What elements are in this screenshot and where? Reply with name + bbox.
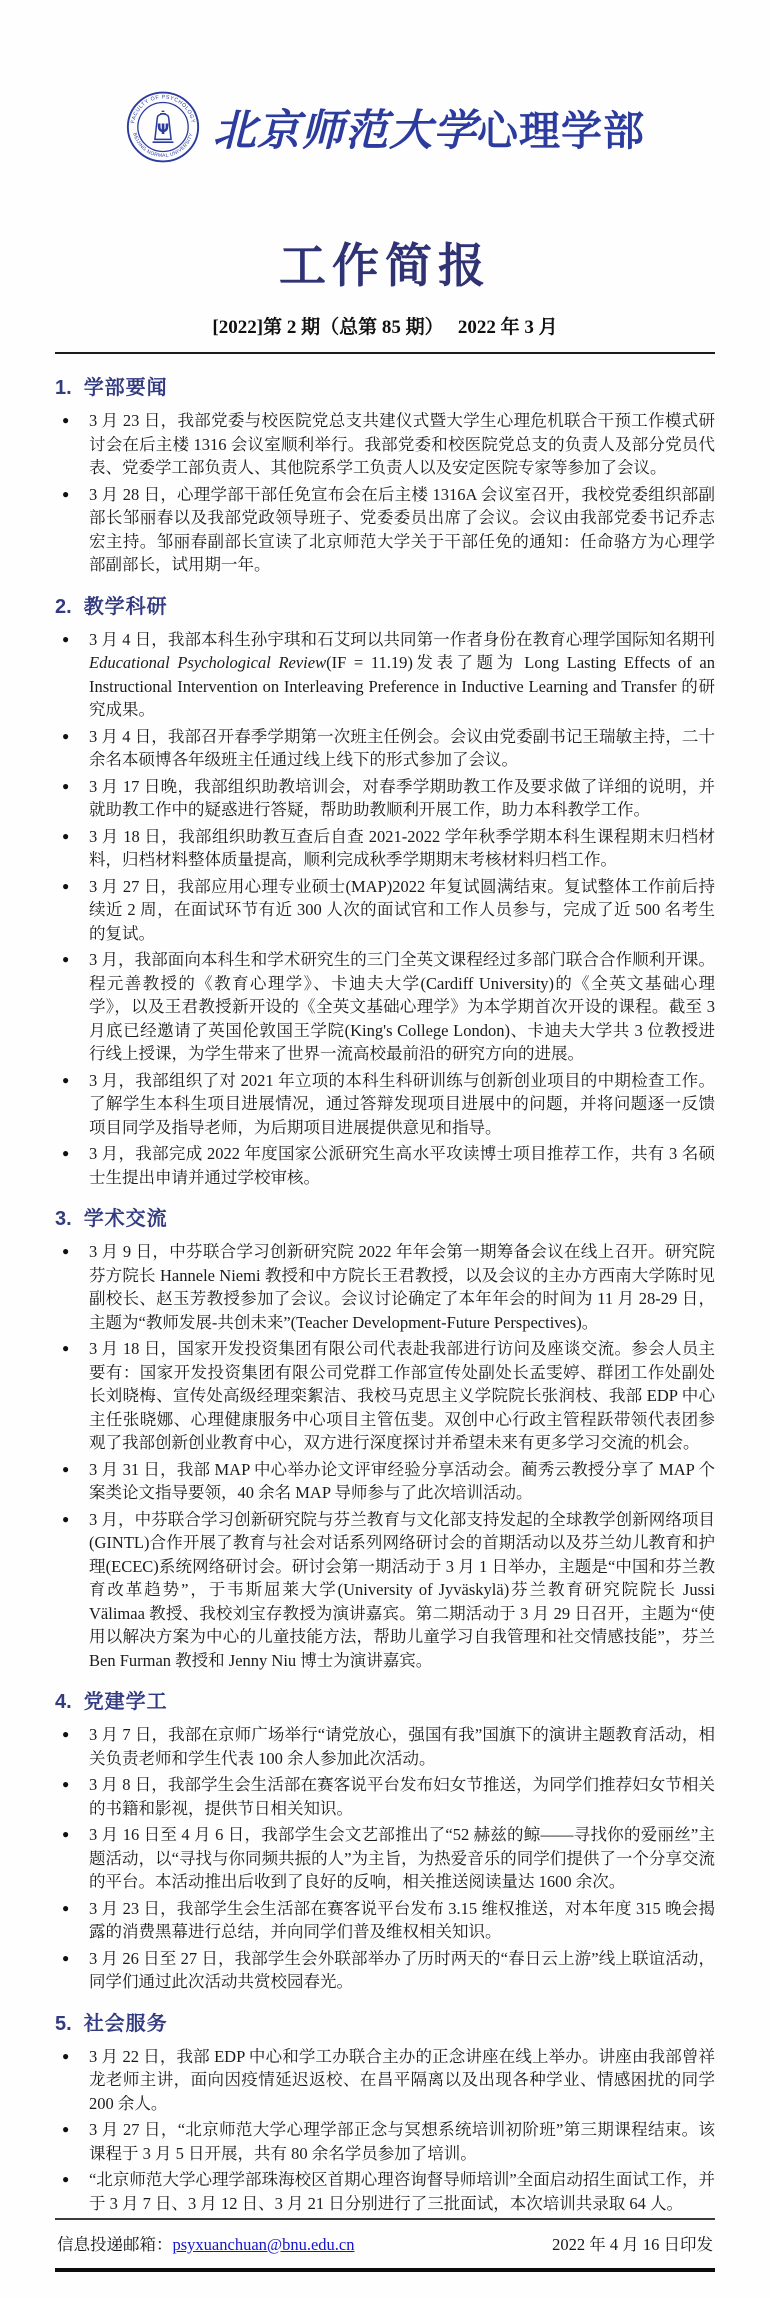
bullet-item: 3 月 17 日晚，我部组织助教培训会，对春季学期助教工作及要求做了详细的说明，…: [62, 775, 715, 822]
bulletin-page: FACULTY OF PSYCHOLOGY BEIJING NORMAL UNI…: [0, 0, 770, 2298]
section-heading: 4.党建学工: [55, 1685, 715, 1714]
section-dangjian-xuegong: 4.党建学工3 月 7 日，我部在京师广场举行“请党放心，强国有我”国旗下的演讲…: [55, 1685, 715, 1994]
section-number: 4.: [55, 1691, 72, 1713]
university-seal-icon: FACULTY OF PSYCHOLOGY BEIJING NORMAL UNI…: [125, 89, 201, 165]
bullet-text: 3 月 26 日至 27 日，我部学生会外联部举办了历时两天的“春日云上游”线上…: [89, 1949, 715, 1992]
org-name: 北京师范大学心理学部: [213, 97, 645, 158]
bullet-item: 3 月 16 日至 4 月 6 日，我部学生会文艺部推出了“52 赫兹的鲸——寻…: [62, 1823, 715, 1894]
org-name-university: 北京师范大学: [213, 108, 477, 155]
section-title: 教学科研: [84, 596, 168, 618]
bullet-list: 3 月 23 日，我部党委与校医院党总支共建仪式暨大学生心理危机联合干预工作模式…: [55, 409, 715, 577]
section-title: 党建学工: [84, 1691, 168, 1713]
section-heading: 1.学部要闻: [55, 371, 715, 400]
section-heading: 2.教学科研: [55, 590, 715, 619]
email-link[interactable]: psyxuanchuan@bnu.edu.cn: [173, 2235, 355, 2254]
bullet-text: 3 月 23 日，我部党委与校医院党总支共建仪式暨大学生心理危机联合干预工作模式…: [89, 411, 715, 477]
header-divider: [55, 352, 715, 354]
bullet-item: 3 月 27 日，“北京师范大学心理学部正念与冥想系统培训初阶班”第三期课程结束…: [62, 2118, 715, 2165]
section-heading: 3.学术交流: [55, 1202, 715, 1231]
bullet-text: 3 月 23 日，我部学生会生活部在赛客说平台发布 3.15 维权推送，对本年度…: [89, 1899, 715, 1942]
bullet-list: 3 月 7 日，我部在京师广场举行“请党放心，强国有我”国旗下的演讲主题教育活动…: [55, 1723, 715, 1994]
section-number: 1.: [55, 377, 72, 399]
bullet-item: 3 月 18 日，我部组织助教互查后自查 2021-2022 学年秋季学期本科生…: [62, 825, 715, 872]
bullet-list: 3 月 4 日，我部本科生孙宇琪和石艾珂以共同第一作者身份在教育心理学国际知名期…: [55, 628, 715, 1190]
bullet-item: “北京师范大学心理学部珠海校区首期心理咨询督导师培训”全面启动招生面试工作，并于…: [62, 2168, 715, 2215]
bullet-text: 3 月 27 日，我部应用心理专业硕士(MAP)2022 年复试圆满结束。复试整…: [89, 877, 715, 943]
bullet-text: 3 月 18 日，国家开发投资集团有限公司代表赴我部进行访问及座谈交流。参会人员…: [89, 1339, 715, 1452]
bullet-text: 3 月 4 日，我部本科生孙宇琪和石艾珂以共同第一作者身份在教育心理学国际知名期…: [89, 630, 715, 649]
section-number: 3.: [55, 1208, 72, 1230]
bullet-text: 3 月，我部面向本科生和学术研究生的三门全英文课程经过多部门联合合作顺利开课。程…: [89, 950, 715, 1063]
bullet-item: 3 月 9 日，中芬联合学习创新研究院 2022 年年会第一期筹备会议在线上召开…: [62, 1240, 715, 1334]
bullet-text: 3 月 22 日，我部 EDP 中心和学工办联合主办的正念讲座在线上举办。讲座由…: [89, 2047, 715, 2113]
section-shehui-fuwu: 5.社会服务3 月 22 日，我部 EDP 中心和学工办联合主办的正念讲座在线上…: [55, 2007, 715, 2216]
section-title: 学术交流: [84, 1208, 168, 1230]
section-xuebu-yaowen: 1.学部要闻3 月 23 日，我部党委与校医院党总支共建仪式暨大学生心理危机联合…: [55, 371, 715, 577]
bullet-text: 3 月，我部组织了对 2021 年立项的本科生科研训练与创新创业项目的中期检查工…: [89, 1071, 715, 1137]
bullet-item: 3 月 23 日，我部学生会生活部在赛客说平台发布 3.15 维权推送，对本年度…: [62, 1897, 715, 1944]
bullet-text: 3 月 27 日，“北京师范大学心理学部正念与冥想系统培训初阶班”第三期课程结束…: [89, 2120, 715, 2163]
bullet-text: 3 月 17 日晚，我部组织助教培训会，对春季学期助教工作及要求做了详细的说明，…: [89, 777, 715, 820]
section-number: 5.: [55, 2013, 72, 2035]
bullet-text: 3 月 28 日，心理学部干部任免宣布会在后主楼 1316A 会议室召开，我校党…: [89, 485, 715, 575]
journal-title-italic: Educational Psychological Review: [89, 653, 326, 672]
bullet-text: 3 月 4 日，我部召开春季学期第一次班主任例会。会议由党委副书记王瑞敏主持，二…: [89, 727, 715, 770]
bullet-item: 3 月 27 日，我部应用心理专业硕士(MAP)2022 年复试圆满结束。复试整…: [62, 875, 715, 946]
bullet-item: 3 月，我部面向本科生和学术研究生的三门全英文课程经过多部门联合合作顺利开课。程…: [62, 948, 715, 1066]
bullet-text: 3 月，中芬联合学习创新研究院与芬兰教育与文化部支持发起的全球教学创新网络项目(…: [89, 1510, 715, 1670]
bullet-item: 3 月 7 日，我部在京师广场举行“请党放心，强国有我”国旗下的演讲主题教育活动…: [62, 1723, 715, 1770]
bullet-text: 3 月，我部完成 2022 年度国家公派研究生高水平攻读博士项目推荐工作，共有 …: [89, 1144, 715, 1187]
bullet-text: 3 月 7 日，我部在京师广场举行“请党放心，强国有我”国旗下的演讲主题教育活动…: [89, 1725, 715, 1768]
masthead: FACULTY OF PSYCHOLOGY BEIJING NORMAL UNI…: [55, 89, 715, 165]
section-number: 2.: [55, 596, 72, 618]
footer-print-date: 2022 年 4 月 16 日印发: [552, 2231, 713, 2255]
section-title: 社会服务: [84, 2013, 168, 2035]
svg-text:FACULTY OF PSYCHOLOGY: FACULTY OF PSYCHOLOGY: [130, 94, 195, 123]
bullet-item: 3 月 31 日，我部 MAP 中心举办论文评审经验分享活动会。蔺秀云教授分享了…: [62, 1458, 715, 1505]
bullet-item: 3 月 23 日，我部党委与校医院党总支共建仪式暨大学生心理危机联合干预工作模式…: [62, 409, 715, 480]
bullet-item: 3 月，我部完成 2022 年度国家公派研究生高水平攻读博士项目推荐工作，共有 …: [62, 1142, 715, 1189]
bullet-text: “北京师范大学心理学部珠海校区首期心理咨询督导师培训”全面启动招生面试工作，并于…: [89, 2170, 715, 2213]
seal-top-text: FACULTY OF PSYCHOLOGY: [130, 94, 195, 123]
bullet-item: 3 月 26 日至 27 日，我部学生会外联部举办了历时两天的“春日云上游”线上…: [62, 1947, 715, 1994]
bullet-item: 3 月，我部组织了对 2021 年立项的本科生科研训练与创新创业项目的中期检查工…: [62, 1069, 715, 1140]
bullet-item: 3 月 8 日，我部学生会生活部在赛客说平台发布妇女节推送，为同学们推荐妇女节相…: [62, 1773, 715, 1820]
bullet-text: 3 月 8 日，我部学生会生活部在赛客说平台发布妇女节推送，为同学们推荐妇女节相…: [89, 1775, 715, 1818]
section-heading: 5.社会服务: [55, 2007, 715, 2036]
section-title: 学部要闻: [84, 377, 168, 399]
bullet-item: 3 月 4 日，我部召开春季学期第一次班主任例会。会议由党委副书记王瑞敏主持，二…: [62, 725, 715, 772]
bullet-list: 3 月 9 日，中芬联合学习创新研究院 2022 年年会第一期筹备会议在线上召开…: [55, 1240, 715, 1672]
org-name-faculty: 心理学部: [477, 108, 645, 154]
footer: 信息投递邮箱：psyxuanchuan@bnu.edu.cn 2022 年 4 …: [55, 2218, 715, 2272]
footer-email-label: 信息投递邮箱：: [57, 2235, 173, 2254]
issue-line: [2022]第 2 期（总第 85 期） 2022 年 3 月: [55, 312, 715, 339]
footer-row: 信息投递邮箱：psyxuanchuan@bnu.edu.cn 2022 年 4 …: [55, 2220, 715, 2268]
section-xueshu-jiaoliu: 3.学术交流3 月 9 日，中芬联合学习创新研究院 2022 年年会第一期筹备会…: [55, 1202, 715, 1672]
bullet-item: 3 月 28 日，心理学部干部任免宣布会在后主楼 1316A 会议室召开，我校党…: [62, 483, 715, 577]
document-title: 工作简报: [55, 229, 715, 296]
bullet-text: 3 月 9 日，中芬联合学习创新研究院 2022 年年会第一期筹备会议在线上召开…: [89, 1242, 715, 1332]
bullet-text: 3 月 18 日，我部组织助教互查后自查 2021-2022 学年秋季学期本科生…: [89, 827, 715, 870]
bullet-item: 3 月 22 日，我部 EDP 中心和学工办联合主办的正念讲座在线上举办。讲座由…: [62, 2045, 715, 2116]
bullet-list: 3 月 22 日，我部 EDP 中心和学工办联合主办的正念讲座在线上举办。讲座由…: [55, 2045, 715, 2216]
bullet-item: 3 月 18 日，国家开发投资集团有限公司代表赴我部进行访问及座谈交流。参会人员…: [62, 1337, 715, 1455]
bullet-text: 3 月 31 日，我部 MAP 中心举办论文评审经验分享活动会。蔺秀云教授分享了…: [89, 1460, 715, 1503]
sections: 1.学部要闻3 月 23 日，我部党委与校医院党总支共建仪式暨大学生心理危机联合…: [55, 358, 715, 2218]
bullet-text: 3 月 16 日至 4 月 6 日，我部学生会文艺部推出了“52 赫兹的鲸——寻…: [89, 1825, 715, 1891]
bullet-item: 3 月，中芬联合学习创新研究院与芬兰教育与文化部支持发起的全球教学创新网络项目(…: [62, 1508, 715, 1673]
seal-psi-glyph: Ψ: [157, 122, 169, 138]
footer-bottom-divider: [55, 2268, 715, 2272]
section-jiaoxue-keyan: 2.教学科研3 月 4 日，我部本科生孙宇琪和石艾珂以共同第一作者身份在教育心理…: [55, 590, 715, 1190]
footer-email: 信息投递邮箱：psyxuanchuan@bnu.edu.cn: [57, 2231, 354, 2255]
bullet-item: 3 月 4 日，我部本科生孙宇琪和石艾珂以共同第一作者身份在教育心理学国际知名期…: [62, 628, 715, 722]
